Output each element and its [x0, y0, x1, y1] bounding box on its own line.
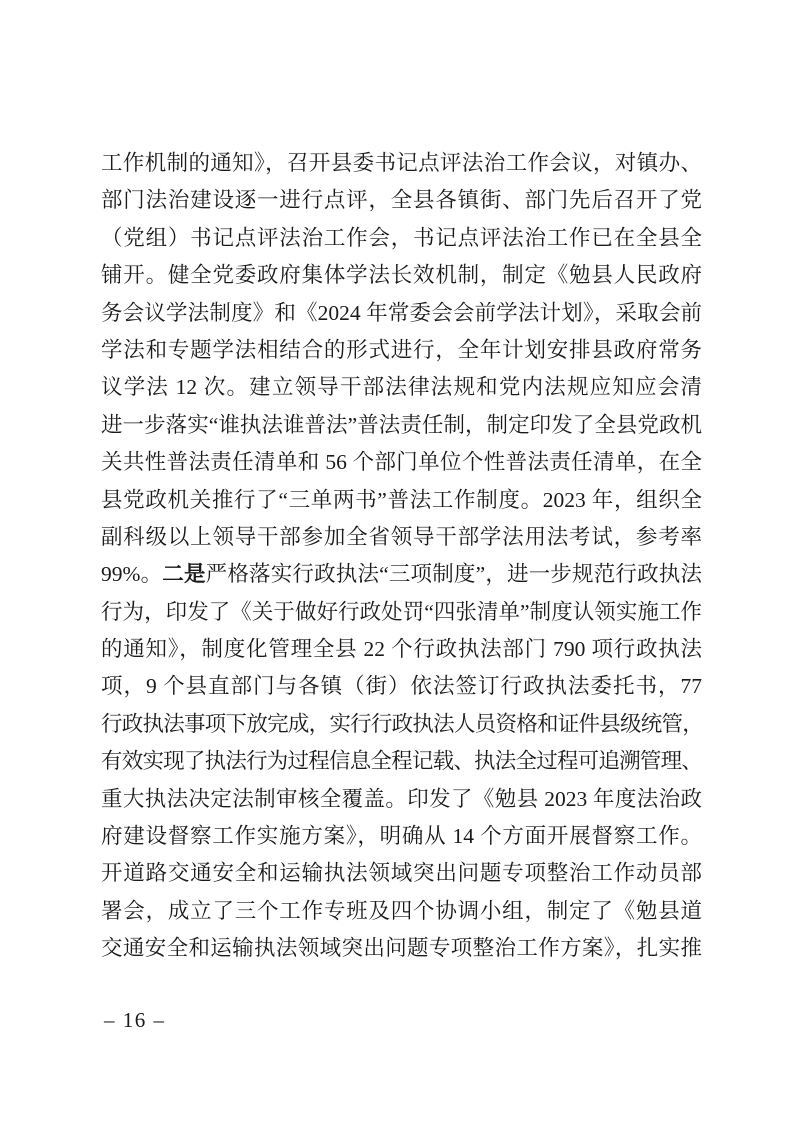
text-line: 行政执法事项下放完成，实行行政执法人员资格和证件县级统管，: [101, 706, 702, 743]
text-run: 有效实现了执法行为过程信息全程记载、执法全过程可追溯管理、: [101, 749, 702, 773]
text-line: 重大执法决定法制审核全覆盖。印发了《勉县 2023 年度法治政: [101, 781, 702, 818]
text-line: 项，9 个县直部门与各镇（街）依法签订行政执法委托书，77 项: [101, 668, 702, 705]
text-run: 行为，印发了《关于做好行政处罚“四张清单”制度认领实施工作: [101, 600, 702, 624]
text-run: 铺开。健全党委政府集体学法长效机制，制定《勉县人民政府常: [101, 263, 702, 294]
text-line: （党组）书记点评法治工作会，书记点评法治工作已在全县全面: [101, 220, 702, 257]
text-line: 交通安全和运输执法领域突出问题专项整治工作方案》，扎实推: [101, 930, 702, 967]
text-line: 行为，印发了《关于做好行政处罚“四张清单”制度认领实施工作: [101, 594, 702, 631]
text-run: 的通知》，制度化管理全县 22 个行政执法部门 790 项行政执法事: [101, 637, 702, 668]
text-run: 关共性普法责任清单和 56 个部门单位个性普法责任清单，在全: [101, 450, 702, 474]
text-line: 副科级以上领导干部参加全省领导干部学法用法考试，参考率: [101, 519, 702, 556]
document-page: 工作机制的通知》，召开县委书记点评法治工作会议，对镇办、 部门法治建设逐一进行点…: [0, 0, 793, 1122]
text-line: 县党政机关推行了“三单两书”普法工作制度。2023 年，组织全县: [101, 482, 702, 519]
text-line: 开道路交通安全和运输执法领域突出问题专项整治工作动员部: [101, 855, 702, 892]
text-run: 进一步落实“谁执法谁普法”普法责任制，制定印发了全县党政机: [101, 413, 702, 437]
text-run: 严格落实行政执法“三项制度”，进一步规范行政执法: [206, 562, 702, 586]
text-run: （党组）书记点评法治工作会，书记点评法治工作已在全县全面: [101, 226, 702, 257]
text-run: 议学法 12 次。建立领导干部法律法规和党内法规应知应会清单，: [101, 375, 702, 406]
text-run: 工作机制的通知》，召开县委书记点评法治工作会议，对镇办、: [101, 151, 702, 175]
text-run: 开道路交通安全和运输执法领域突出问题专项整治工作动员部: [101, 861, 702, 885]
text-run: 行政执法事项下放完成，实行行政执法人员资格和证件县级统管，: [101, 712, 702, 736]
text-line: 府建设督察工作实施方案》，明确从 14 个方面开展督察工作。召: [101, 818, 702, 855]
text-line: 工作机制的通知》，召开县委书记点评法治工作会议，对镇办、: [101, 145, 702, 182]
body-text: 工作机制的通知》，召开县委书记点评法治工作会议，对镇办、 部门法治建设逐一进行点…: [101, 145, 702, 968]
text-run: 项，9 个县直部门与各镇（街）依法签订行政执法委托书，77 项: [101, 674, 702, 705]
text-line: 部门法治建设逐一进行点评，全县各镇街、部门先后召开了党委: [101, 182, 702, 219]
text-run: 副科级以上领导干部参加全省领导干部学法用法考试，参考率: [101, 525, 702, 549]
text-line: 署会，成立了三个工作专班及四个协调小组，制定了《勉县道路: [101, 893, 702, 930]
text-line: 的通知》，制度化管理全县 22 个行政执法部门 790 项行政执法事: [101, 631, 702, 668]
text-run: 县党政机关推行了“三单两书”普法工作制度。2023 年，组织全县: [101, 488, 702, 519]
text-run: 学法和专题学法相结合的形式进行，全年计划安排县政府常务会: [101, 338, 702, 369]
text-line: 关共性普法责任清单和 56 个部门单位个性普法责任清单，在全: [101, 444, 702, 481]
page-number: – 16 –: [104, 1006, 166, 1034]
emphasis-run: 二是: [162, 562, 205, 586]
text-run: 府建设督察工作实施方案》，明确从 14 个方面开展督察工作。召: [101, 824, 702, 855]
text-run: 署会，成立了三个工作专班及四个协调小组，制定了《勉县道路: [101, 899, 702, 930]
text-line: 务会议学法制度》和《2024 年常委会会前学法计划》，采取会前: [101, 295, 702, 332]
text-line: 进一步落实“谁执法谁普法”普法责任制，制定印发了全县党政机: [101, 407, 702, 444]
text-run: 部门法治建设逐一进行点评，全县各镇街、部门先后召开了党委: [101, 188, 702, 219]
text-run: 务会议学法制度》和《2024 年常委会会前学法计划》，采取会前: [101, 301, 702, 325]
text-line: 99%。二是严格落实行政执法“三项制度”，进一步规范行政执法: [101, 556, 702, 593]
text-run: 99%。: [101, 562, 162, 586]
text-line: 有效实现了执法行为过程信息全程记载、执法全过程可追溯管理、: [101, 743, 702, 780]
text-line: 议学法 12 次。建立领导干部法律法规和党内法规应知应会清单，: [101, 369, 702, 406]
text-run: 交通安全和运输执法领域突出问题专项整治工作方案》，扎实推: [101, 936, 702, 960]
text-run: 重大执法决定法制审核全覆盖。印发了《勉县 2023 年度法治政: [101, 787, 702, 811]
text-line: 铺开。健全党委政府集体学法长效机制，制定《勉县人民政府常: [101, 257, 702, 294]
text-line: 学法和专题学法相结合的形式进行，全年计划安排县政府常务会: [101, 332, 702, 369]
